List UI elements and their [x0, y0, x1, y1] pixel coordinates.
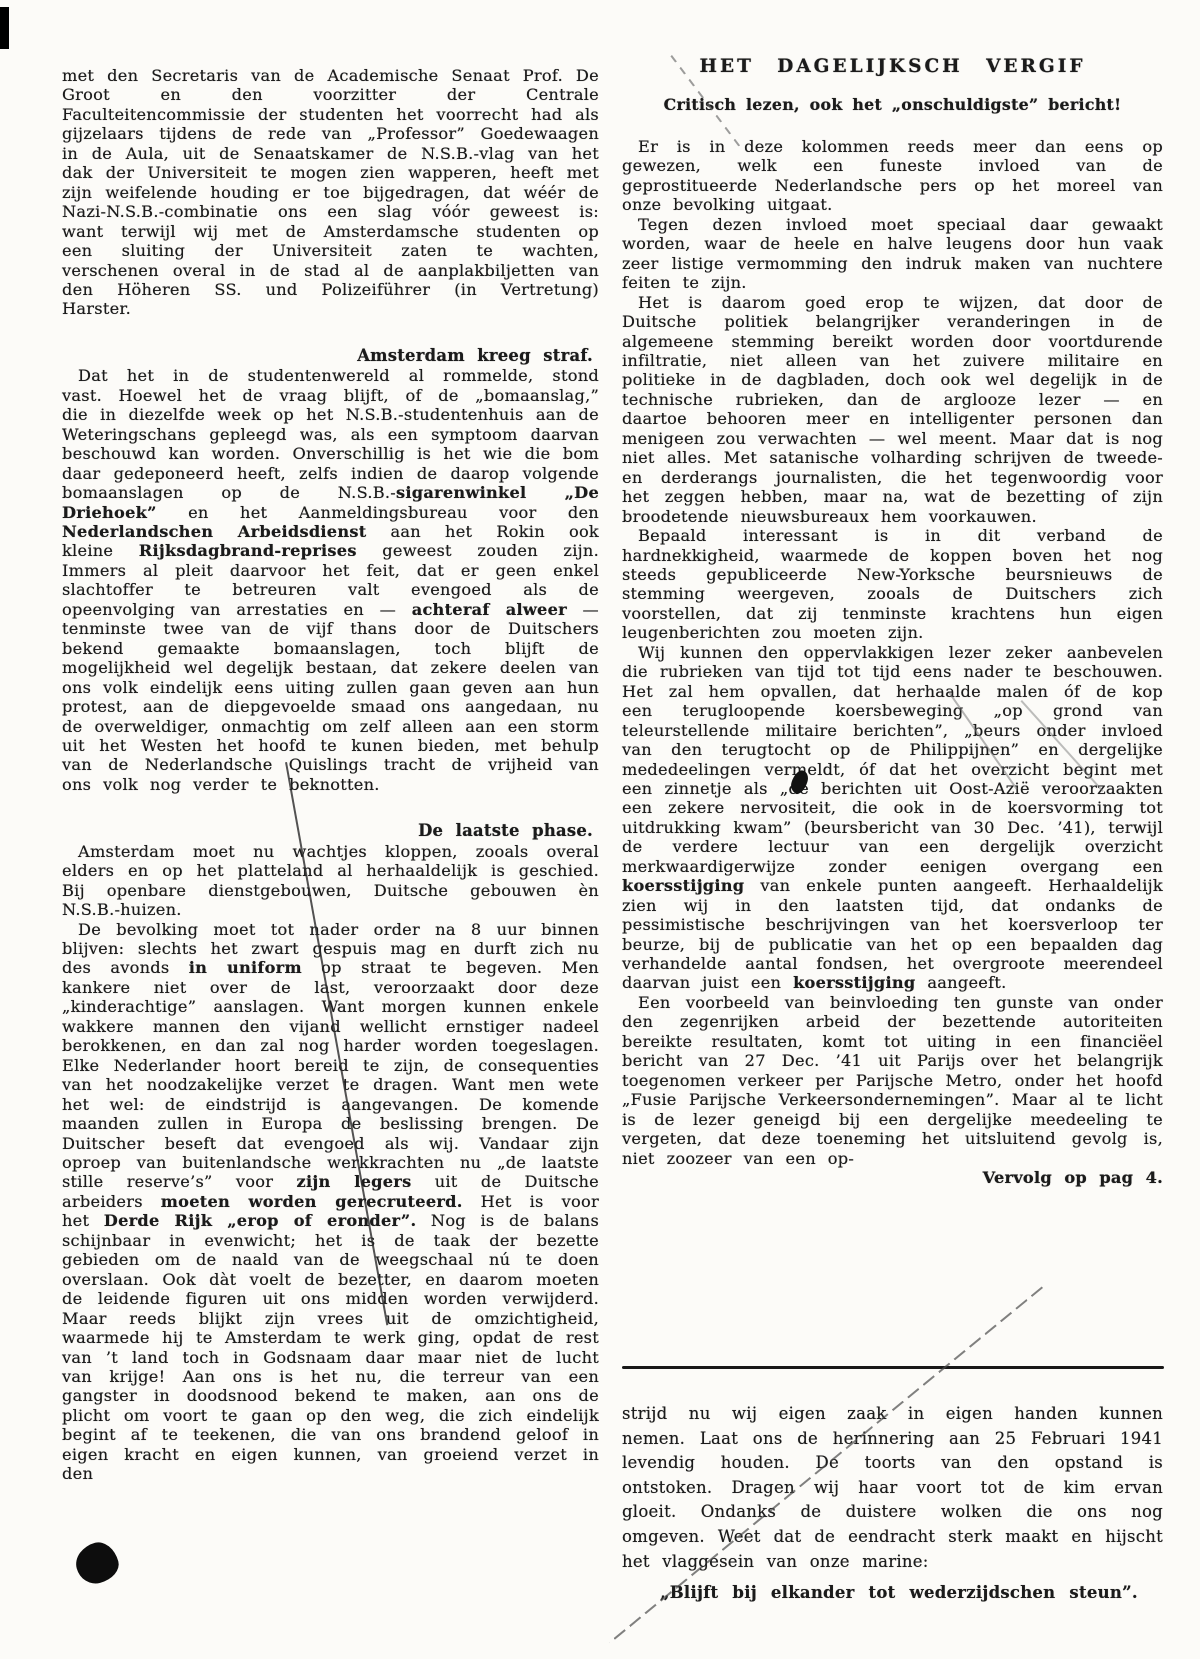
- section-heading-de-laatste-phase: De laatste phase.: [62, 821, 599, 840]
- article-title: HET DAGELIJKSCH VERGIF: [622, 56, 1163, 78]
- footer-section: strijd nu wij eigen zaak in eigen handen…: [622, 1402, 1163, 1622]
- paragraph-beursnieuws: Bepaald interessant is in dit verband de…: [622, 526, 1163, 643]
- paragraph-koersbeweging: Wij kunnen den oppervlakkigen lezer zeke…: [622, 643, 1163, 993]
- continuation-note: Vervolg op pag 4.: [622, 1168, 1163, 1187]
- paragraph-funeste-invloed: Er is in deze kolommen reeds meer dan ee…: [622, 137, 1163, 215]
- paragraph-amsterdam-moet: Amsterdam moet nu wachtjes kloppen, zooa…: [62, 842, 599, 920]
- paragraph-tegen-dezen-invloed: Tegen dezen invloed moet speciaal daar g…: [622, 215, 1163, 293]
- paragraph-de-bevolking: De bevolking moet tot nader order na 8 u…: [62, 920, 599, 1484]
- right-column: HET DAGELIJKSCH VERGIF Critisch lezen, o…: [622, 56, 1163, 1187]
- newspaper-page: met den Secretaris van de Academische Se…: [0, 0, 1200, 1659]
- paragraph-studentenwereld: Dat het in de studentenwereld al rommeld…: [62, 366, 599, 794]
- footer-quote: „Blijft bij elkander tot wederzijdschen …: [622, 1581, 1163, 1606]
- paragraph-strijd: strijd nu wij eigen zaak in eigen handen…: [622, 1402, 1163, 1574]
- section-heading-amsterdam-kreeg-straf: Amsterdam kreeg straf.: [62, 346, 599, 365]
- article-subtitle: Critisch lezen, ook het „onschuldigste” …: [622, 95, 1163, 114]
- scan-edge-mark: [0, 7, 9, 49]
- divider-rule: [622, 1366, 1164, 1369]
- ink-blot: [72, 1538, 123, 1588]
- left-column: met den Secretaris van de Academische Se…: [62, 66, 599, 1484]
- paragraph-infiltratie: Het is daarom goed erop te wijzen, dat d…: [622, 293, 1163, 526]
- paragraph-parijsche-metro: Een voorbeeld van beinvloeding ten gunst…: [622, 993, 1163, 1168]
- paragraph-continuation-from-previous: met den Secretaris van de Academische Se…: [62, 66, 599, 319]
